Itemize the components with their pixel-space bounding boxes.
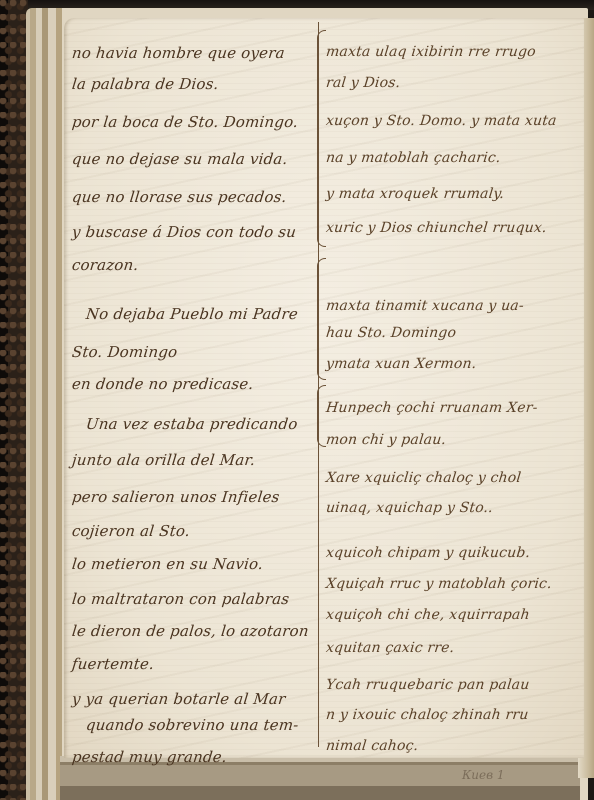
text-line: maxta ulaq ixibirin rre rrugo (325, 44, 537, 60)
stanza-brace-3 (317, 385, 326, 447)
text-line: xquitan çaxic rre. (325, 640, 455, 656)
text-line: lo maltrataron con palabras (71, 590, 290, 608)
text-line: na y matoblah çacharic. (325, 150, 501, 166)
text-line: cojieron al Sto. (71, 522, 191, 540)
text-line: xquiçoh chi che, xquirrapah (325, 607, 530, 623)
text-line: pero salieron unos Infieles (71, 488, 280, 506)
stanza-brace-1 (317, 30, 326, 247)
text-line: que no llorase sus pecados. (71, 188, 288, 206)
text-line: Ycah rruquebaric pan palau (325, 677, 530, 693)
text-line: y buscase á Dios con todo su (71, 223, 297, 241)
text-line: y mata xroquek rrumaly. (325, 186, 505, 202)
text-line: n y ixouic chaloç zhinah rru (325, 707, 529, 723)
text-line: Hunpech çochi rruanam Xer- (325, 400, 538, 416)
text-line: por la boca de Sto. Domingo. (71, 113, 299, 131)
text-line: Una vez estaba predicando (85, 415, 298, 433)
text-line: No dejaba Pueblo mi Padre (85, 305, 299, 323)
text-line: junto ala orilla del Mar. (71, 451, 256, 469)
text-line: mon chi y palau. (325, 432, 447, 448)
text-line: quando sobrevino una tem- (85, 716, 300, 734)
text-line: no havia hombre que oyera (71, 44, 286, 62)
text-line: xuric y Dios chiunchel rruqux. (325, 220, 547, 236)
text-line: que no dejase su mala vida. (71, 150, 288, 168)
text-line: uinaq, xquichap y Sto.. (325, 500, 494, 516)
text-line: fuertemte. (71, 655, 155, 673)
text-line: le dieron de palos, lo azotaron (71, 622, 310, 640)
text-line: y ya querian botarle al Mar (71, 690, 286, 708)
text-line: ral y Dios. (325, 75, 401, 91)
text-line: lo metieron en su Navio. (71, 555, 264, 573)
book-binding-spine (0, 0, 28, 800)
text-line: hau Sto. Domingo (325, 325, 457, 341)
text-line: Xquiçah rruc y matoblah çoric. (325, 576, 552, 592)
text-line: corazon. (71, 256, 139, 274)
text-line: pestad muy grande. (71, 748, 228, 766)
text-line: xuçon y Sto. Domo. y mata xuta (325, 113, 557, 129)
text-line: ymata xuan Xermon. (325, 356, 477, 372)
stanza-brace-2 (317, 258, 326, 380)
text-line: nimal cahoç. (325, 738, 419, 754)
text-line: en donde no predicase. (71, 375, 254, 393)
text-line: Sto. Domingo (71, 343, 178, 361)
text-line: la palabra de Dios. (71, 75, 220, 93)
bottom-edge-mark: Киев 1 (462, 768, 505, 782)
text-line: maxta tinamit xucana y ua- (325, 298, 524, 314)
text-line: Xare xquicliç chaloç y chol (325, 470, 522, 486)
text-line: xquicoh chipam y quikucub. (325, 545, 531, 561)
